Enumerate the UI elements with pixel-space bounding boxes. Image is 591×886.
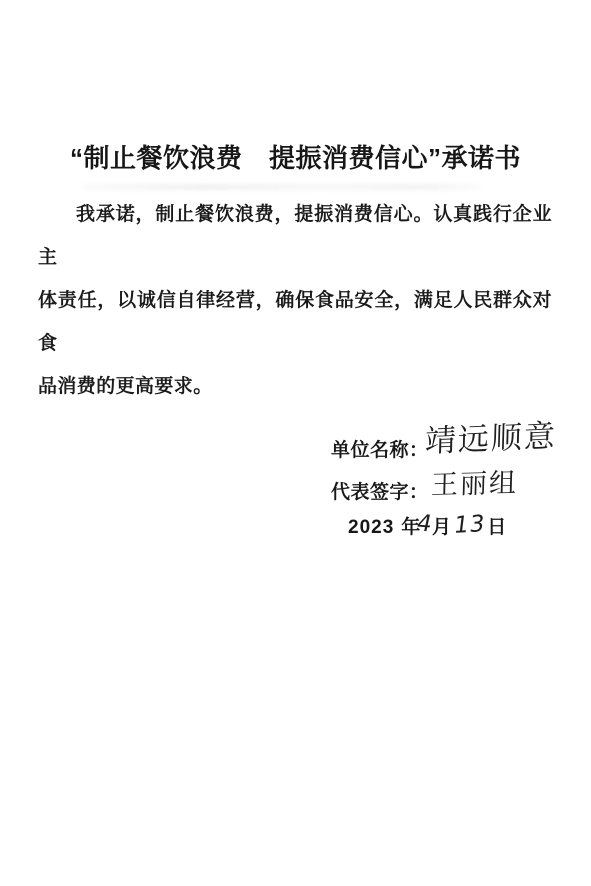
date-day-unit: 日 bbox=[487, 517, 506, 538]
pledge-paragraph: 我承诺，制止餐饮浪费，提振消费信心。认真践行企业主 体责任，以诚信自律经营，确保… bbox=[38, 193, 552, 408]
pledge-line-1: 我承诺，制止餐饮浪费，提振消费信心。认真践行企业主 bbox=[38, 193, 552, 279]
representative-signature-handwritten: 王丽组 bbox=[430, 461, 518, 502]
date-month-unit: 月 bbox=[432, 517, 451, 538]
representative-signature-row: 代表签字：王丽组 bbox=[331, 467, 518, 506]
pledge-line-3: 品消费的更高要求。 bbox=[38, 365, 552, 408]
date-year: 2023 bbox=[348, 517, 394, 538]
company-name-handwritten: 靖远顺意 bbox=[424, 410, 557, 461]
company-name-label: 单位名称： bbox=[331, 440, 429, 461]
document-page: “制止餐饮浪费 提振消费信心”承诺书 我承诺，制止餐饮浪费，提振消费信心。认真践… bbox=[0, 0, 591, 886]
date-day-handwritten: 13 bbox=[452, 511, 486, 539]
representative-signature-label: 代表签字： bbox=[331, 482, 429, 503]
pledge-line-2: 体责任，以诚信自律经营，确保食品安全，满足人民群众对食 bbox=[38, 279, 552, 365]
date-row: 2023年4月13日 bbox=[348, 512, 506, 539]
document-title: “制止餐饮浪费 提振消费信心”承诺书 bbox=[0, 138, 591, 175]
company-name-row: 单位名称：靖远顺意 bbox=[331, 420, 557, 465]
scan-artifact bbox=[82, 184, 482, 190]
